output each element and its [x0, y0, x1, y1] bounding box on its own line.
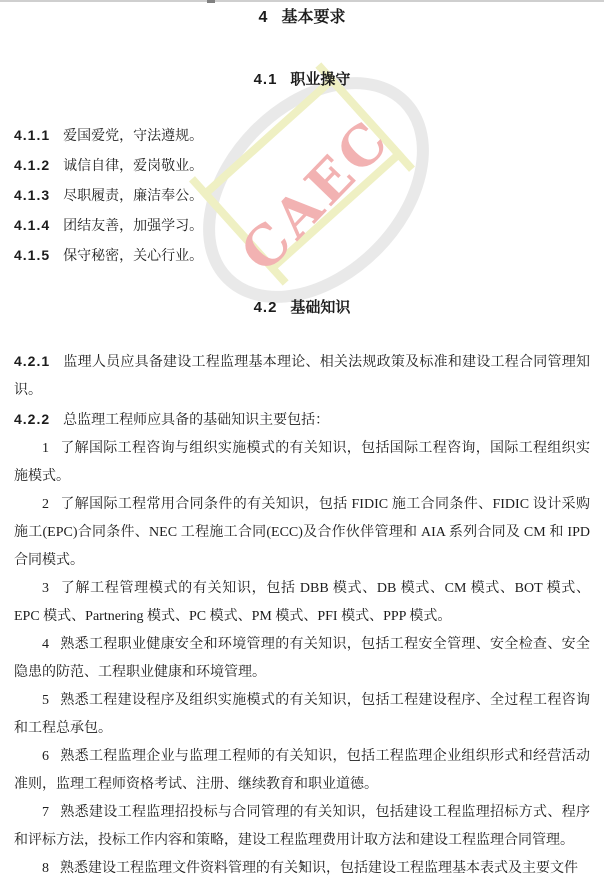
knowledge-clauses: 4.2.1监理人员应具备建设工程监理基本理论、相关法规政策及标准和建设工程合同管…	[14, 347, 590, 880]
section-heading-4-2: 4.2基础知识	[14, 298, 590, 318]
subitem-number: 7	[42, 805, 49, 820]
page-number: 5	[0, 858, 604, 872]
ethics-item: 4.1.3尽职履责，廉洁奉公。	[14, 181, 590, 211]
chapter-title: 基本要求	[281, 9, 345, 26]
subitem-number: 6	[42, 749, 49, 764]
page-content: 4基本要求 4.1职业操守 4.1.1爱国爱党，守法遵规。 4.1.2诚信自律，…	[0, 0, 604, 880]
ethics-item: 4.1.2诚信自律，爱岗敬业。	[14, 151, 590, 181]
clause-number: 4.1.3	[14, 187, 50, 203]
subitem-text: 熟悉工程建设程序及组织实施模式的有关知识，包括工程建设程序、全过程工程咨询和工程…	[14, 693, 590, 736]
ethics-item: 4.1.5保守秘密，关心行业。	[14, 241, 590, 271]
subitem-number: 3	[42, 581, 49, 596]
knowledge-subitem: 4熟悉工程职业健康安全和环境管理的有关知识，包括工程安全管理、安全检查、安全隐患…	[14, 631, 590, 687]
knowledge-subitem: 2了解国际工程常用合同条件的有关知识，包括 FIDIC 施工合同条件、FIDIC…	[14, 491, 590, 575]
subitem-text: 熟悉工程监理企业与监理工程师的有关知识，包括工程监理企业组织形式和经营活动准则，…	[14, 749, 590, 792]
section-4-1-number: 4.1	[254, 71, 278, 88]
clause-number: 4.1.5	[14, 247, 50, 263]
knowledge-subitem: 6熟悉工程监理企业与监理工程师的有关知识，包括工程监理企业组织形式和经营活动准则…	[14, 743, 590, 799]
ethics-item-list: 4.1.1爱国爱党，守法遵规。 4.1.2诚信自律，爱岗敬业。 4.1.3尽职履…	[14, 121, 590, 271]
subitem-text: 熟悉建设工程监理招投标与合同管理的有关知识，包括建设工程监理招标方式、程序和评标…	[14, 805, 590, 848]
ethics-item: 4.1.4团结友善，加强学习。	[14, 211, 590, 241]
clause-number: 4.2.2	[14, 411, 50, 427]
knowledge-subitem: 1了解国际工程咨询与组织实施模式的有关知识，包括国际工程咨询，国际工程组织实施模…	[14, 435, 590, 491]
knowledge-subitem: 7熟悉建设工程监理招投标与合同管理的有关知识，包括建设工程监理招标方式、程序和评…	[14, 799, 590, 855]
subitem-number: 2	[42, 497, 49, 512]
clause-text: 总监理工程师应具备的基础知识主要包括：	[63, 413, 329, 428]
subitem-number: 4	[42, 637, 49, 652]
knowledge-subitem: 5熟悉工程建设程序及组织实施模式的有关知识，包括工程建设程序、全过程工程咨询和工…	[14, 687, 590, 743]
subitem-text: 了解工程管理模式的有关知识，包括 DBB 模式、DB 模式、CM 模式、BOT …	[14, 581, 590, 624]
clause-number: 4.1.2	[14, 157, 50, 173]
clause-text: 爱国爱党，守法遵规。	[63, 129, 203, 144]
clause-text: 保守秘密，关心行业。	[63, 249, 203, 264]
subitem-text: 了解国际工程咨询与组织实施模式的有关知识，包括国际工程咨询，国际工程组织实施模式…	[14, 441, 590, 484]
knowledge-subitem: 3了解工程管理模式的有关知识，包括 DBB 模式、DB 模式、CM 模式、BOT…	[14, 575, 590, 631]
chapter-number: 4	[259, 9, 269, 26]
clause-number: 4.2.1	[14, 353, 50, 369]
clause-text: 团结友善，加强学习。	[63, 219, 203, 234]
ethics-item: 4.1.1爱国爱党，守法遵规。	[14, 121, 590, 151]
section-heading-4-1: 4.1职业操守	[14, 70, 590, 90]
clause-number: 4.1.4	[14, 217, 50, 233]
clause-text: 监理人员应具备建设工程监理基本理论、相关法规政策及标准和建设工程合同管理知识。	[14, 355, 590, 398]
clause-number: 4.1.1	[14, 127, 50, 143]
section-4-1-title: 职业操守	[290, 71, 350, 88]
section-4-2-title: 基础知识	[290, 299, 350, 316]
section-4-2-number: 4.2	[254, 299, 278, 316]
subitem-number: 1	[42, 441, 49, 456]
clause-text: 尽职履责，廉洁奉公。	[63, 189, 203, 204]
chapter-heading: 4基本要求	[14, 0, 590, 28]
subitem-number: 5	[42, 693, 49, 708]
subitem-text: 了解国际工程常用合同条件的有关知识，包括 FIDIC 施工合同条件、FIDIC …	[14, 497, 590, 568]
clause-4-2-1: 4.2.1监理人员应具备建设工程监理基本理论、相关法规政策及标准和建设工程合同管…	[14, 347, 590, 405]
subitem-text: 熟悉工程职业健康安全和环境管理的有关知识，包括工程安全管理、安全检查、安全隐患的…	[14, 637, 590, 680]
clause-text: 诚信自律，爱岗敬业。	[63, 159, 203, 174]
clause-4-2-2: 4.2.2总监理工程师应具备的基础知识主要包括：	[14, 405, 590, 435]
document-page: CAEC 4基本要求 4.1职业操守 4.1.1爱国爱党，守法遵规。 4.1.2…	[0, 0, 604, 880]
